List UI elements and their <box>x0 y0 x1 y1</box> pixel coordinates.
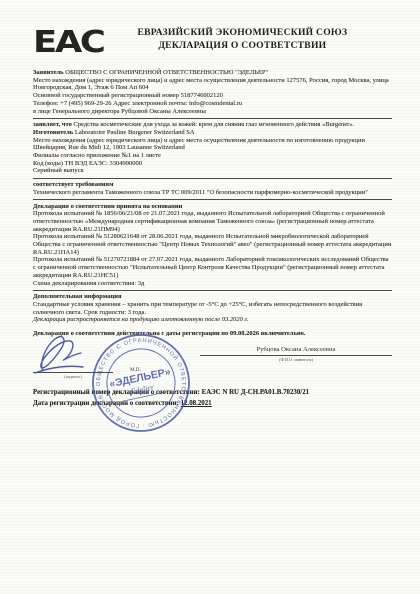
registration-number-value: ЕАЭС N RU Д-CH.РА01.В.70230/21 <box>202 389 310 396</box>
manufacturer-address: Место нахождения (адрес юридического лиц… <box>33 137 392 152</box>
additional-info-section: Дополнительная информация Стандартные ус… <box>33 293 392 324</box>
release-type-line: Серийный выпуск <box>33 167 392 175</box>
stamp-place-label: М.П. <box>130 367 141 373</box>
applicant-ogrn: Основной государственный регистрационный… <box>33 92 392 100</box>
product-section: заявляет, что Средства косметические для… <box>33 121 392 175</box>
product-statement: заявляет, что Средства косметические для… <box>33 121 392 129</box>
branches-line: Филиалы согласно приложение №1 на 1 лист… <box>33 152 392 160</box>
test-protocol-3: Протокола испытаний № 51270721884 от 27.… <box>33 256 392 279</box>
divider-4 <box>33 290 392 291</box>
registration-date-label: Дата регистрации декларации о соответств… <box>33 400 179 407</box>
test-protocol-1: Протокола испытаний № 1856/06/21/08 от 2… <box>33 210 392 233</box>
product-description: Средства косметические для ухода за коже… <box>73 121 354 128</box>
registration-date-line: Дата регистрации декларации о соответств… <box>33 398 392 410</box>
compliance-heading: соответствует требованиям <box>33 181 392 189</box>
test-protocol-2: Протокола испытаний № 51280621648 от 28.… <box>33 233 392 256</box>
manufacturer-line: Изготовитель Laboratoire Pauline Burgene… <box>33 129 392 137</box>
applicant-address: Место нахождения (адрес юридического лиц… <box>33 77 392 92</box>
manufacturer-name: Laboratoire Pauline Burgener Switzerland… <box>75 129 195 136</box>
tnved-code-line: Код (коды) ТН ВЭД ЕАЭС: 3304990000 <box>33 160 392 168</box>
declaration-document: ЕАС ЕВРАЗИЙСКИЙ ЭКОНОМИЧЕСКИЙ СОЮЗ ДЕКЛА… <box>0 0 420 594</box>
applicant-name-line: Заявитель ОБЩЕСТВО С ОГРАНИЧЕННОЙ ОТВЕТС… <box>33 69 392 77</box>
eac-logo: ЕАС <box>33 26 103 58</box>
compliance-section: соответствует требованиям Технического р… <box>33 181 392 196</box>
applicant-name: ОБЩЕСТВО С ОГРАНИЧЕННОЙ ОТВЕТСТВЕННОСТЬЮ… <box>65 69 268 76</box>
applicant-section: Заявитель ОБЩЕСТВО С ОГРАНИЧЕННОЙ ОТВЕТС… <box>33 69 392 115</box>
applicant-contacts: Телефон: +7 (495) 969-29-26 Адрес электр… <box>33 100 392 108</box>
signature-block: (подпись) М.П. Рубцова Оксана Алексеевна… <box>33 341 392 387</box>
applicant-representative: в лице Генерального директора Рубцовой О… <box>33 108 392 116</box>
document-content: ЕАС ЕВРАЗИЙСКИЙ ЭКОНОМИЧЕСКИЙ СОЮЗ ДЕКЛА… <box>33 26 392 410</box>
divider-1 <box>33 118 392 119</box>
divider-2 <box>33 178 392 179</box>
storage-conditions: Стандартные условия хранения – хранить п… <box>33 301 392 316</box>
document-header: ЕАС ЕВРАЗИЙСКИЙ ЭКОНОМИЧЕСКИЙ СОЮЗ ДЕКЛА… <box>33 26 392 58</box>
document-title: ЕВРАЗИЙСКИЙ ЭКОНОМИЧЕСКИЙ СОЮЗ ДЕКЛАРАЦИ… <box>93 26 392 52</box>
declaration-scheme: Схема декларирования соответствия: 3д <box>33 280 392 288</box>
production-period-note: Декларация распространяется на продукцию… <box>33 316 392 324</box>
registration-number-line: Регистрационный номер декларации о соотв… <box>33 387 392 399</box>
handwritten-signature <box>21 327 125 385</box>
manufacturer-lead: Изготовитель <box>33 129 73 136</box>
registration-section: Регистрационный номер декларации о соотв… <box>33 387 392 410</box>
applicant-lead: Заявитель <box>33 69 64 76</box>
compliance-text: Технического регламента Таможенного союз… <box>33 189 392 197</box>
additional-info-heading: Дополнительная информация <box>33 293 392 301</box>
registration-number-label: Регистрационный номер декларации о соотв… <box>33 389 200 396</box>
title-line-1: ЕВРАЗИЙСКИЙ ЭКОНОМИЧЕСКИЙ СОЮЗ <box>93 27 392 40</box>
product-lead: заявляет, что <box>33 121 72 128</box>
signatory: Рубцова Оксана Алексеевна (Ф.И.О. заявит… <box>200 346 392 362</box>
title-line-2: ДЕКЛАРАЦИЯ О СООТВЕТСТВИИ <box>93 40 392 53</box>
registration-date-value: 12.08.2021 <box>181 400 212 407</box>
divider-3 <box>33 199 392 200</box>
basis-section: Декларация о соответствии принята на осн… <box>33 203 392 288</box>
signatory-name: Рубцова Оксана Алексеевна <box>200 346 392 356</box>
signatory-caption: (Ф.И.О. заявителя) <box>200 356 392 362</box>
